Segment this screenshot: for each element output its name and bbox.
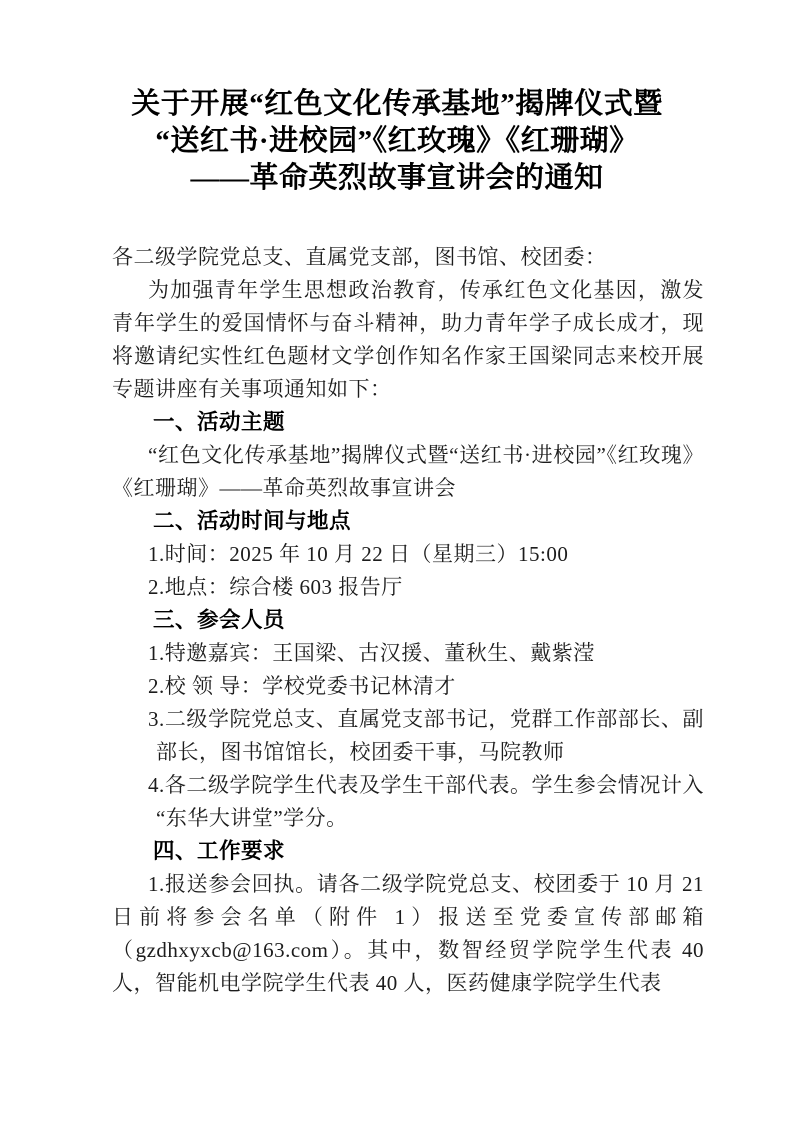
- activity-theme-paragraph: “红色文化传承基地”揭牌仪式暨“送红书·进校园”《红玫瑰》《红珊瑚》——革命英烈…: [112, 439, 704, 505]
- section-heading-2-time-place: 二、活动时间与地点: [153, 505, 704, 538]
- document-title: 关于开展“红色文化传承基地”揭牌仪式暨 “送红书·进校园”《红玫瑰》《红珊瑚》 …: [90, 86, 704, 197]
- list-item-school-leaders: 2.校 领 导：学校党委书记林清才: [156, 670, 704, 703]
- list-item-guests: 1.特邀嘉宾：王国梁、古汉援、董秋生、戴紫滢: [156, 637, 704, 670]
- document-title-line-2: “送红书·进校园”《红玫瑰》《红珊瑚》: [90, 123, 704, 160]
- section-heading-3-participants: 三、参会人员: [153, 604, 704, 637]
- document-page: 关于开展“红色文化传承基地”揭牌仪式暨 “送红书·进校园”《红玫瑰》《红珊瑚》 …: [0, 0, 794, 1123]
- salutation-line: 各二级学院党总支、直属党支部，图书馆、校团委：: [112, 241, 704, 274]
- section-heading-1-activity-theme: 一、活动主题: [153, 406, 704, 439]
- section-heading-4-work-requirements: 四、工作要求: [153, 835, 704, 868]
- document-body: 各二级学院党总支、直属党支部，图书馆、校团委： 为加强青年学生思想政治教育，传承…: [112, 241, 704, 1000]
- intro-paragraph: 为加强青年学生思想政治教育，传承红色文化基因，激发青年学生的爱国情怀与奋斗精神，…: [112, 274, 704, 406]
- list-item-time: 1.时间：2025 年 10 月 22 日（星期三）15:00: [156, 538, 704, 571]
- document-title-line-1: 关于开展“红色文化传承基地”揭牌仪式暨: [90, 86, 704, 123]
- document-title-line-3: ——革命英烈故事宣讲会的通知: [90, 160, 704, 197]
- list-item-place: 2.地点：综合楼 603 报告厅: [156, 571, 704, 604]
- list-item-student-participants: 4.各二级学院学生代表及学生干部代表。学生参会情况计入“东华大讲堂”学分。: [156, 769, 704, 835]
- work-requirements-paragraph: 1.报送参会回执。请各二级学院党总支、校团委于 10 月 21 日前将参会名单（…: [112, 868, 704, 1000]
- list-item-staff-participants: 3.二级学院党总支、直属党支部书记，党群工作部部长、副部长，图书馆馆长，校团委干…: [156, 703, 704, 769]
